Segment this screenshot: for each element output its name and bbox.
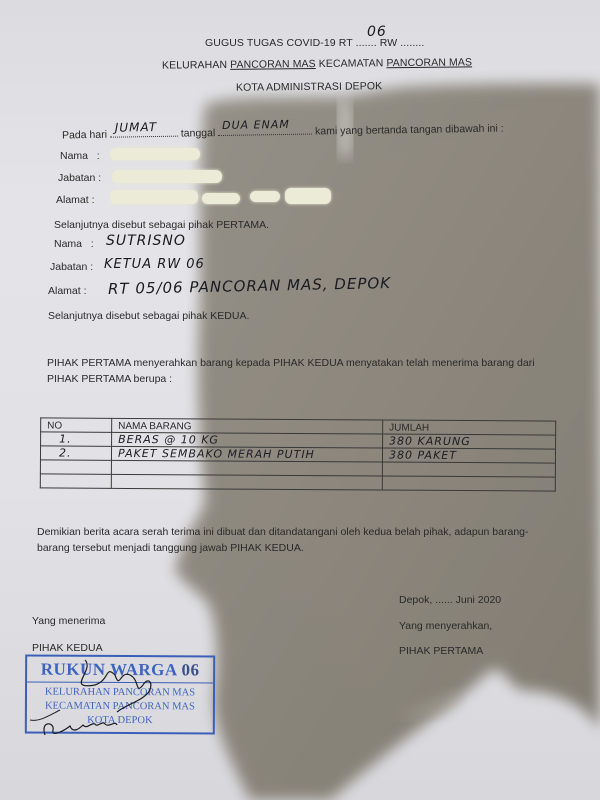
row-nama: BERAS @ 10 KG xyxy=(112,432,383,448)
row-no xyxy=(40,460,111,474)
stamp-number: 06 xyxy=(181,660,199,679)
items-table: NO NAMA BARANG JUMLAH 1. BERAS @ 10 KG 3… xyxy=(40,417,556,491)
header-jumlah: JUMLAH xyxy=(383,420,556,435)
pihak1-alamat-redacted-4 xyxy=(285,188,331,204)
kelurahan-label: KELURAHAN xyxy=(162,59,230,72)
kecamatan-label: KECAMATAN xyxy=(316,57,387,70)
pihak2-jabatan-value: KETUA RW 06 xyxy=(104,257,205,272)
row-no: 2. xyxy=(40,446,111,460)
pihak2-nama-label: Nama : xyxy=(54,238,94,250)
pihak1-closing: Selanjutnya disebut sebagai pihak PERTAM… xyxy=(54,219,269,231)
place-date: Depok, ...... Juni 2020 xyxy=(399,594,501,606)
rw-handwritten: 06 xyxy=(367,24,387,40)
row-jumlah: 380 PAKET xyxy=(382,448,555,463)
giver-label: Yang menyerahkan, xyxy=(399,620,492,632)
header-no: NO xyxy=(41,418,112,432)
pihak1-alamat-redacted-2 xyxy=(202,193,240,204)
pihak2-jabatan-label: Jabatan : xyxy=(50,261,93,273)
receiver-party: PIHAK KEDUA xyxy=(32,642,103,654)
kelurahan-value: PANCORAN MAS xyxy=(230,58,316,71)
pihak1-jabatan-label: Jabatan : xyxy=(58,172,101,184)
stamp-line-3: KOTA DEPOK xyxy=(27,714,213,729)
pihak2-nama-colon: : xyxy=(91,238,94,250)
header-line-1: GUGUS TUGAS COVID-19 RT ....... RW .....… xyxy=(205,37,424,49)
row-jumlah: 380 KARUNG xyxy=(383,434,556,449)
row-nama xyxy=(111,474,382,490)
tanggal-dots: DUA ENAM xyxy=(218,124,312,136)
hari-dots: JUMAT xyxy=(110,126,178,138)
pihak1-nama-label-text: Nama xyxy=(60,150,88,162)
row-nama: PAKET SEMBAKO MERAH PUTIH xyxy=(111,446,382,462)
pihak1-nama-colon: : xyxy=(97,150,100,162)
tanggal-label: tanggal xyxy=(181,127,216,140)
pihak1-alamat-redacted-3 xyxy=(250,191,280,202)
pihak2-nama-label-text: Nama xyxy=(54,238,82,250)
receiver-label: Yang menerima xyxy=(32,615,105,627)
handover-line-1: PIHAK PERTAMA menyerahkan barang kepada … xyxy=(47,357,535,369)
row-jumlah xyxy=(382,462,555,477)
pihak1-alamat-label: Alamat : xyxy=(56,194,95,206)
row-no: 1. xyxy=(41,432,112,446)
giver-party: PIHAK PERTAMA xyxy=(399,645,483,657)
stamp-line-2: KECAMATAN PANCORAN MAS xyxy=(27,700,213,715)
stamp-line-1: KELURAHAN PANCORAN MAS xyxy=(27,686,213,701)
handover-line-2: PIHAK PERTAMA berupa : xyxy=(47,373,172,385)
pihak2-nama-value: SUTRISNO xyxy=(106,233,186,249)
rw-stamp: RUKUN WARGA 06 KELURAHAN PANCORAN MAS KE… xyxy=(25,655,215,735)
pihak1-jabatan-redacted xyxy=(112,170,222,183)
pada-hari-label: Pada hari xyxy=(62,129,107,142)
rw-dots: ........ xyxy=(400,37,424,49)
table-row xyxy=(40,474,555,491)
pihak1-alamat-redacted-1 xyxy=(110,190,198,204)
stamp-title: RUKUN WARGA 06 xyxy=(27,657,213,684)
row-jumlah xyxy=(382,476,555,491)
row-no xyxy=(40,474,111,488)
pihak1-nama-label: Nama : xyxy=(60,150,100,162)
hari-value: JUMAT xyxy=(115,120,158,135)
pihak2-alamat-label: Alamat : xyxy=(48,285,87,297)
header-nama-barang: NAMA BARANG xyxy=(112,418,383,434)
tanggal-value: DUA ENAM xyxy=(222,118,290,132)
closing-line-1: Demikian berita acara serah terima ini d… xyxy=(37,526,529,538)
kecamatan-value: PANCORAN MAS xyxy=(386,56,472,69)
stamp-title-text: RUKUN WARGA xyxy=(41,660,177,680)
header-line-3: KOTA ADMINISTRASI DEPOK xyxy=(236,80,382,94)
pihak2-closing: Selanjutnya disebut sebagai pihak KEDUA. xyxy=(48,310,249,322)
closing-line-2: barang tersebut menjadi tanggung jawab P… xyxy=(37,542,304,554)
pihak1-nama-redacted xyxy=(110,148,200,160)
